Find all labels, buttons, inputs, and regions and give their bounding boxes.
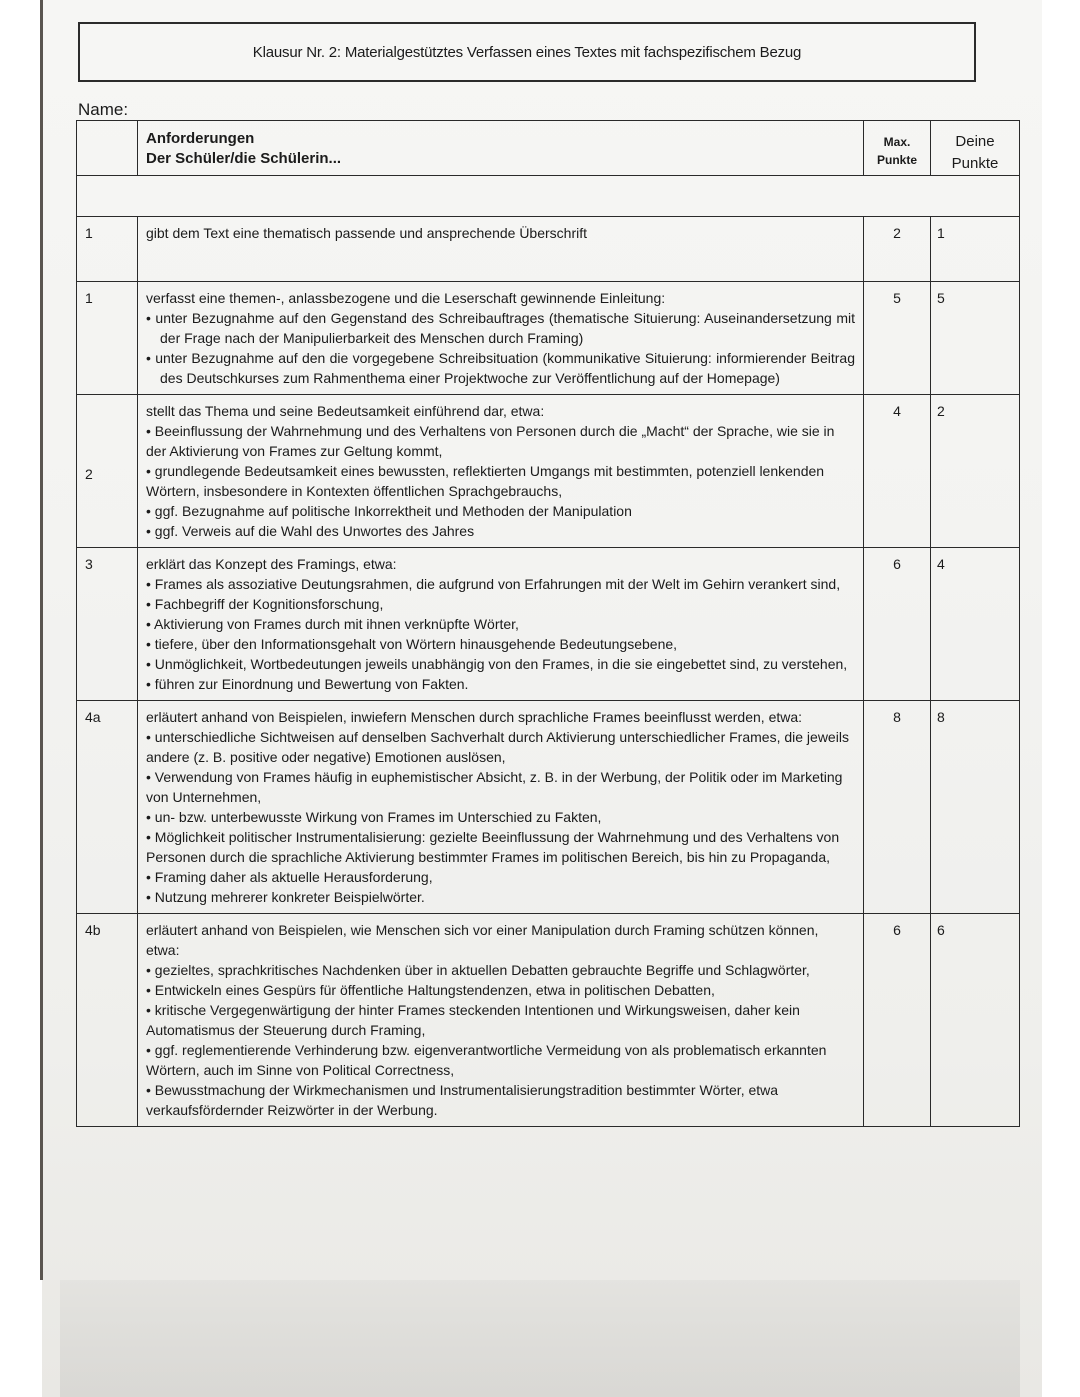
row-number: 2 [77,395,138,548]
row-max-points: 6 [864,914,931,1127]
row-your-points: 5 [931,282,1020,395]
header-requirements-title: Anforderungen [146,129,855,149]
table-row: 2 stellt das Thema und seine Bedeutsamke… [77,395,1020,548]
requirement-bullet: • gezieltes, sprachkritisches Nachdenken… [146,960,855,980]
requirement-bullet: • Verwendung von Frames häufig in euphem… [146,767,855,807]
table-header-row: Anforderungen Der Schüler/die Schülerin.… [77,121,1020,176]
name-field: Name: [78,100,128,120]
paper-edge [40,0,43,1280]
row-requirement: erläutert anhand von Beispielen, inwiefe… [138,701,864,914]
requirement-intro: stellt das Thema und seine Bedeutsamkeit… [146,401,855,421]
requirement-bullet: • Nutzung mehrerer konkreter Beispielwör… [146,887,855,907]
row-your-points: 6 [931,914,1020,1127]
row-requirement: erläutert anhand von Beispielen, wie Men… [138,914,864,1127]
row-requirement: gibt dem Text eine thematisch passende u… [138,217,864,282]
row-number: 1 [77,217,138,282]
requirement-bullet: • tiefere, über den Informationsgehalt v… [146,634,855,654]
table-row: 4b erläutert anhand von Beispielen, wie … [77,914,1020,1127]
requirement-bullet: • ggf. reglementierende Verhinderung bzw… [146,1040,855,1080]
row-requirement: verfasst eine themen-, anlassbezogene un… [138,282,864,395]
row-max-points: 2 [864,217,931,282]
row-number: 4b [77,914,138,1127]
header-your-points-line2: Punkte [931,153,1019,175]
header-number-cell [77,121,138,176]
requirement-bullet: • Framing daher als aktuelle Herausforde… [146,867,855,887]
exam-title: Klausur Nr. 2: Materialgestütztes Verfas… [253,44,801,61]
requirement-bullet: • Beeinflussung der Wahrnehmung und des … [146,421,855,461]
table-spacer-row [77,176,1020,217]
requirement-intro: erläutert anhand von Beispielen, wie Men… [146,920,855,960]
header-max-points-line2: Punkte [864,151,930,169]
row-your-points: 1 [931,217,1020,282]
requirement-bullet: • Aktivierung von Frames durch mit ihnen… [146,614,855,634]
header-max-points-line1: Max. [864,133,930,151]
row-number: 3 [77,548,138,701]
header-requirements-subtitle: Der Schüler/die Schülerin... [146,149,855,169]
row-max-points: 4 [864,395,931,548]
requirement-intro: gibt dem Text eine thematisch passende u… [146,223,855,243]
requirement-intro: erläutert anhand von Beispielen, inwiefe… [146,707,855,727]
requirement-bullet: • Frames als assoziative Deutungsrahmen,… [146,574,855,594]
requirement-bullet: • kritische Vergegenwärtigung der hinter… [146,1000,855,1040]
header-your-points-line1: Deine [931,131,1019,153]
row-number: 1 [77,282,138,395]
requirement-bullet: • un- bzw. unterbewusste Wirkung von Fra… [146,807,855,827]
requirement-bullet: • Entwickeln eines Gespürs für öffentlic… [146,980,855,1000]
header-requirements-cell: Anforderungen Der Schüler/die Schülerin.… [138,121,864,176]
grading-table: Anforderungen Der Schüler/die Schülerin.… [76,120,1020,1127]
requirement-bullet: • ggf. Verweis auf die Wahl des Unwortes… [146,521,855,541]
requirement-bullet: • grundlegende Bedeutsamkeit eines bewus… [146,461,855,501]
table-row: 1 verfasst eine themen-, anlassbezogene … [77,282,1020,395]
spacer-cell [77,176,1020,217]
header-your-points-cell: Deine Punkte [931,121,1020,176]
requirement-bullet: • ggf. Bezugnahme auf politische Inkorre… [146,501,855,521]
requirement-bullet: • führen zur Einordnung und Bewertung vo… [146,674,855,694]
requirement-bullet: • Bewusstmachung der Wirkmechanismen und… [146,1080,855,1120]
requirement-bullet: • Unmöglichkeit, Wortbedeutungen jeweils… [146,654,855,674]
row-requirement: erklärt das Konzept des Framings, etwa: … [138,548,864,701]
paper-fold-shadow [60,1280,1020,1397]
row-max-points: 6 [864,548,931,701]
requirement-intro: verfasst eine themen-, anlassbezogene un… [146,288,855,308]
row-requirement: stellt das Thema und seine Bedeutsamkeit… [138,395,864,548]
requirement-bullet: • Möglichkeit politischer Instrumentalis… [146,827,855,867]
requirement-bullet: • unterschiedliche Sichtweisen auf dense… [146,727,855,767]
requirement-bullet: • unter Bezugnahme auf den die vorgegebe… [146,348,855,388]
row-your-points: 2 [931,395,1020,548]
table-row: 1 gibt dem Text eine thematisch passende… [77,217,1020,282]
name-label: Name: [78,100,128,119]
row-number: 4a [77,701,138,914]
requirement-intro: erklärt das Konzept des Framings, etwa: [146,554,855,574]
row-your-points: 8 [931,701,1020,914]
row-your-points: 4 [931,548,1020,701]
requirement-bullet: • Fachbegriff der Kognitionsforschung, [146,594,855,614]
requirement-bullet: • unter Bezugnahme auf den Gegenstand de… [146,308,855,348]
table-row: 3 erklärt das Konzept des Framings, etwa… [77,548,1020,701]
row-max-points: 8 [864,701,931,914]
table-row: 4a erläutert anhand von Beispielen, inwi… [77,701,1020,914]
row-max-points: 5 [864,282,931,395]
exam-title-box: Klausur Nr. 2: Materialgestütztes Verfas… [78,22,976,82]
header-max-points-cell: Max. Punkte [864,121,931,176]
